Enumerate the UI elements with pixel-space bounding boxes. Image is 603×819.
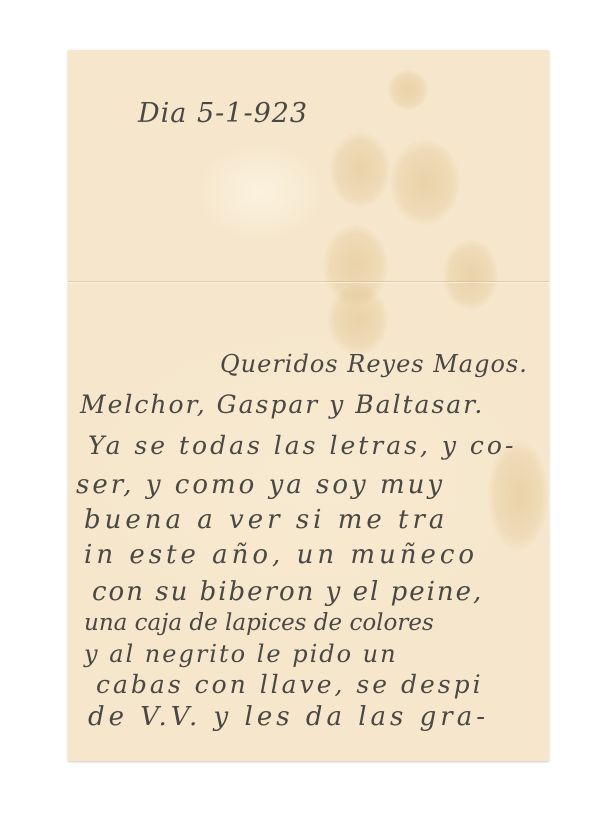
water-stain — [330, 132, 390, 207]
letter-line: buena a ver si me tra — [84, 505, 448, 535]
letter-page: Dia 5-1-923 Queridos Reyes Magos. Melcho… — [68, 50, 549, 761]
fold-crease — [68, 281, 549, 282]
letter-line: una caja de lapices de colores — [84, 610, 434, 636]
water-stain — [443, 240, 498, 310]
letter-line: Ya se todas las letras, y co- — [88, 431, 516, 460]
letter-salutation: Queridos Reyes Magos. — [220, 350, 528, 378]
water-stain — [388, 70, 428, 110]
letter-line: y al negrito le pido un — [84, 640, 398, 668]
letter-line: in este año, un muñeco — [84, 540, 478, 570]
letter-line: ser, y como ya soy muy — [76, 470, 445, 500]
water-stain — [328, 285, 388, 355]
letter-date: Dia 5-1-923 — [138, 98, 308, 129]
letter-line: cabas con llave, se despi — [96, 670, 484, 699]
letter-line: con su biberon y el peine, — [92, 577, 483, 607]
letter-line: Melchor, Gaspar y Baltasar. — [80, 390, 484, 419]
letter-line: de V.V. y les da las gra- — [88, 702, 489, 732]
water-stain — [390, 140, 460, 225]
